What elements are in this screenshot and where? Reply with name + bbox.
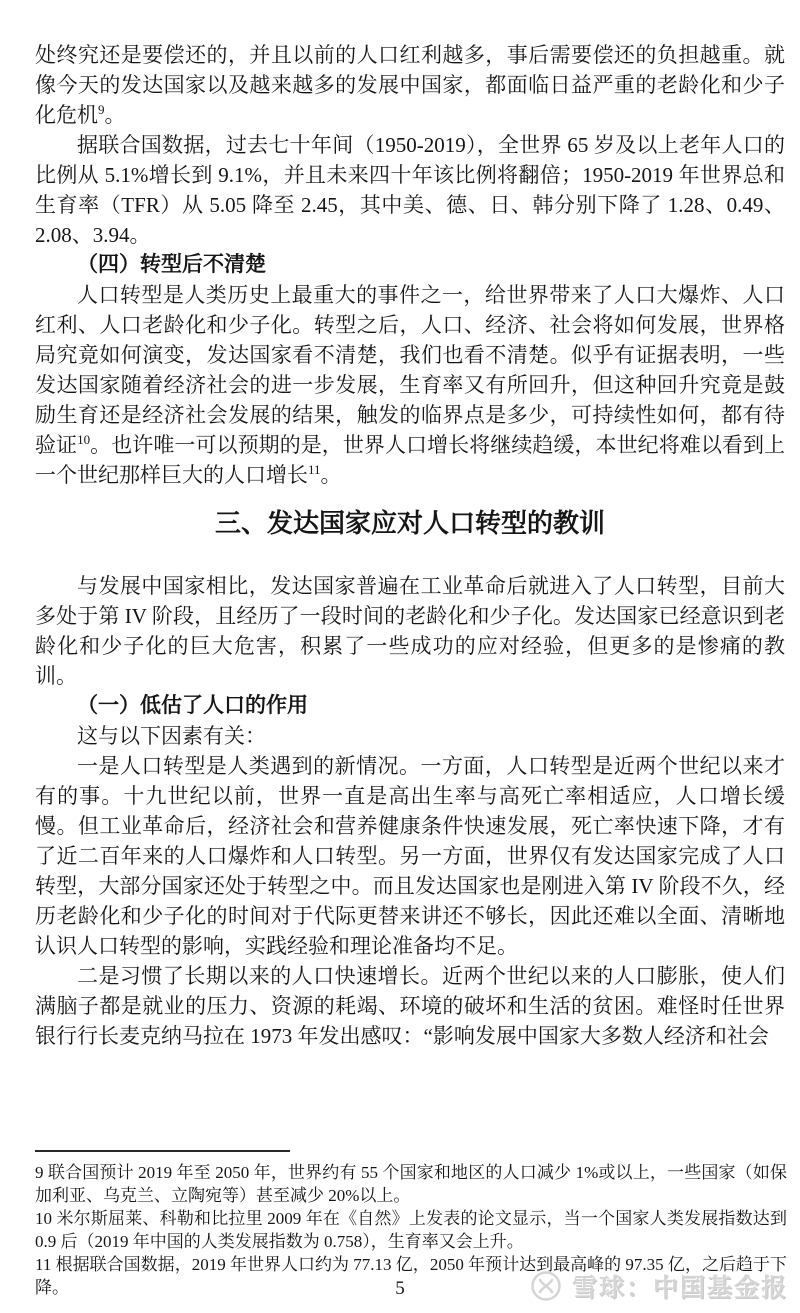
footnote-ref-10: 10: [77, 432, 90, 447]
paragraph-text: 。也许唯一可以预期的是，世界人口增长将继续趋缓，本世纪将难以看到上一个世纪那样巨…: [35, 433, 785, 487]
paragraph-continuation: 处终究还是要偿还的，并且以前的人口红利越多，事后需要偿还的负担越重。就像今天的发…: [35, 40, 785, 130]
paragraph-text: 。: [105, 103, 126, 127]
section-heading-4: （四）转型后不清楚: [35, 250, 785, 280]
footnote-ref-11: 11: [308, 462, 321, 477]
body-text: 处终究还是要偿还的，并且以前的人口红利越多，事后需要偿还的负担越重。就像今天的发…: [35, 40, 785, 1051]
xueqiu-logo-icon: [530, 1270, 562, 1302]
chapter-heading: 三、发达国家应对人口转型的教训: [35, 505, 785, 541]
paragraph-factor-two: 二是习惯了长期以来的人口快速增长。近两个世纪以来的人口膨胀，使人们满脑子都是就业…: [35, 961, 785, 1051]
paragraph-developed-countries: 与发展中国家相比，发达国家普遍在工业革命后就进入了人口转型，目前大多处于第 IV…: [35, 571, 785, 691]
paragraph-factor-one: 一是人口转型是人类遇到的新情况。一方面，人口转型是近两个世纪以来才有的事。十九世…: [35, 751, 785, 961]
paragraph-text: 人口转型是人类历史上最重大的事件之一，给世界带来了人口大爆炸、人口红利、人口老龄…: [35, 283, 785, 457]
watermark-label: 雪球：中国基金报: [572, 1268, 788, 1304]
paragraph-un-data: 据联合国数据，过去七十年间（1950-2019），全世界 65 岁及以上老年人口…: [35, 130, 785, 250]
document-page: 处终究还是要偿还的，并且以前的人口红利越多，事后需要偿还的负担越重。就像今天的发…: [0, 0, 800, 1313]
footnote-10: 10 米尔斯屈莱、科勒和比拉里 2009 年在《自然》上发表的论文显示，当一个国…: [35, 1207, 787, 1253]
paragraph-text: 处终究还是要偿还的，并且以前的人口红利越多，事后需要偿还的负担越重。就像今天的发…: [35, 43, 785, 127]
paragraph-transition: 人口转型是人类历史上最重大的事件之一，给世界带来了人口大爆炸、人口红利、人口老龄…: [35, 280, 785, 490]
paragraph-text: 。: [321, 463, 342, 487]
footnote-separator: [35, 1150, 290, 1152]
footnote-9: 9 联合国预计 2019 年至 2050 年，世界约有 55 个国家和地区的人口…: [35, 1161, 787, 1207]
watermark: 雪球：中国基金报: [530, 1268, 788, 1304]
section-heading-1: （一）低估了人口的作用: [35, 691, 785, 721]
paragraph-factors-intro: 这与以下因素有关：: [35, 721, 785, 751]
